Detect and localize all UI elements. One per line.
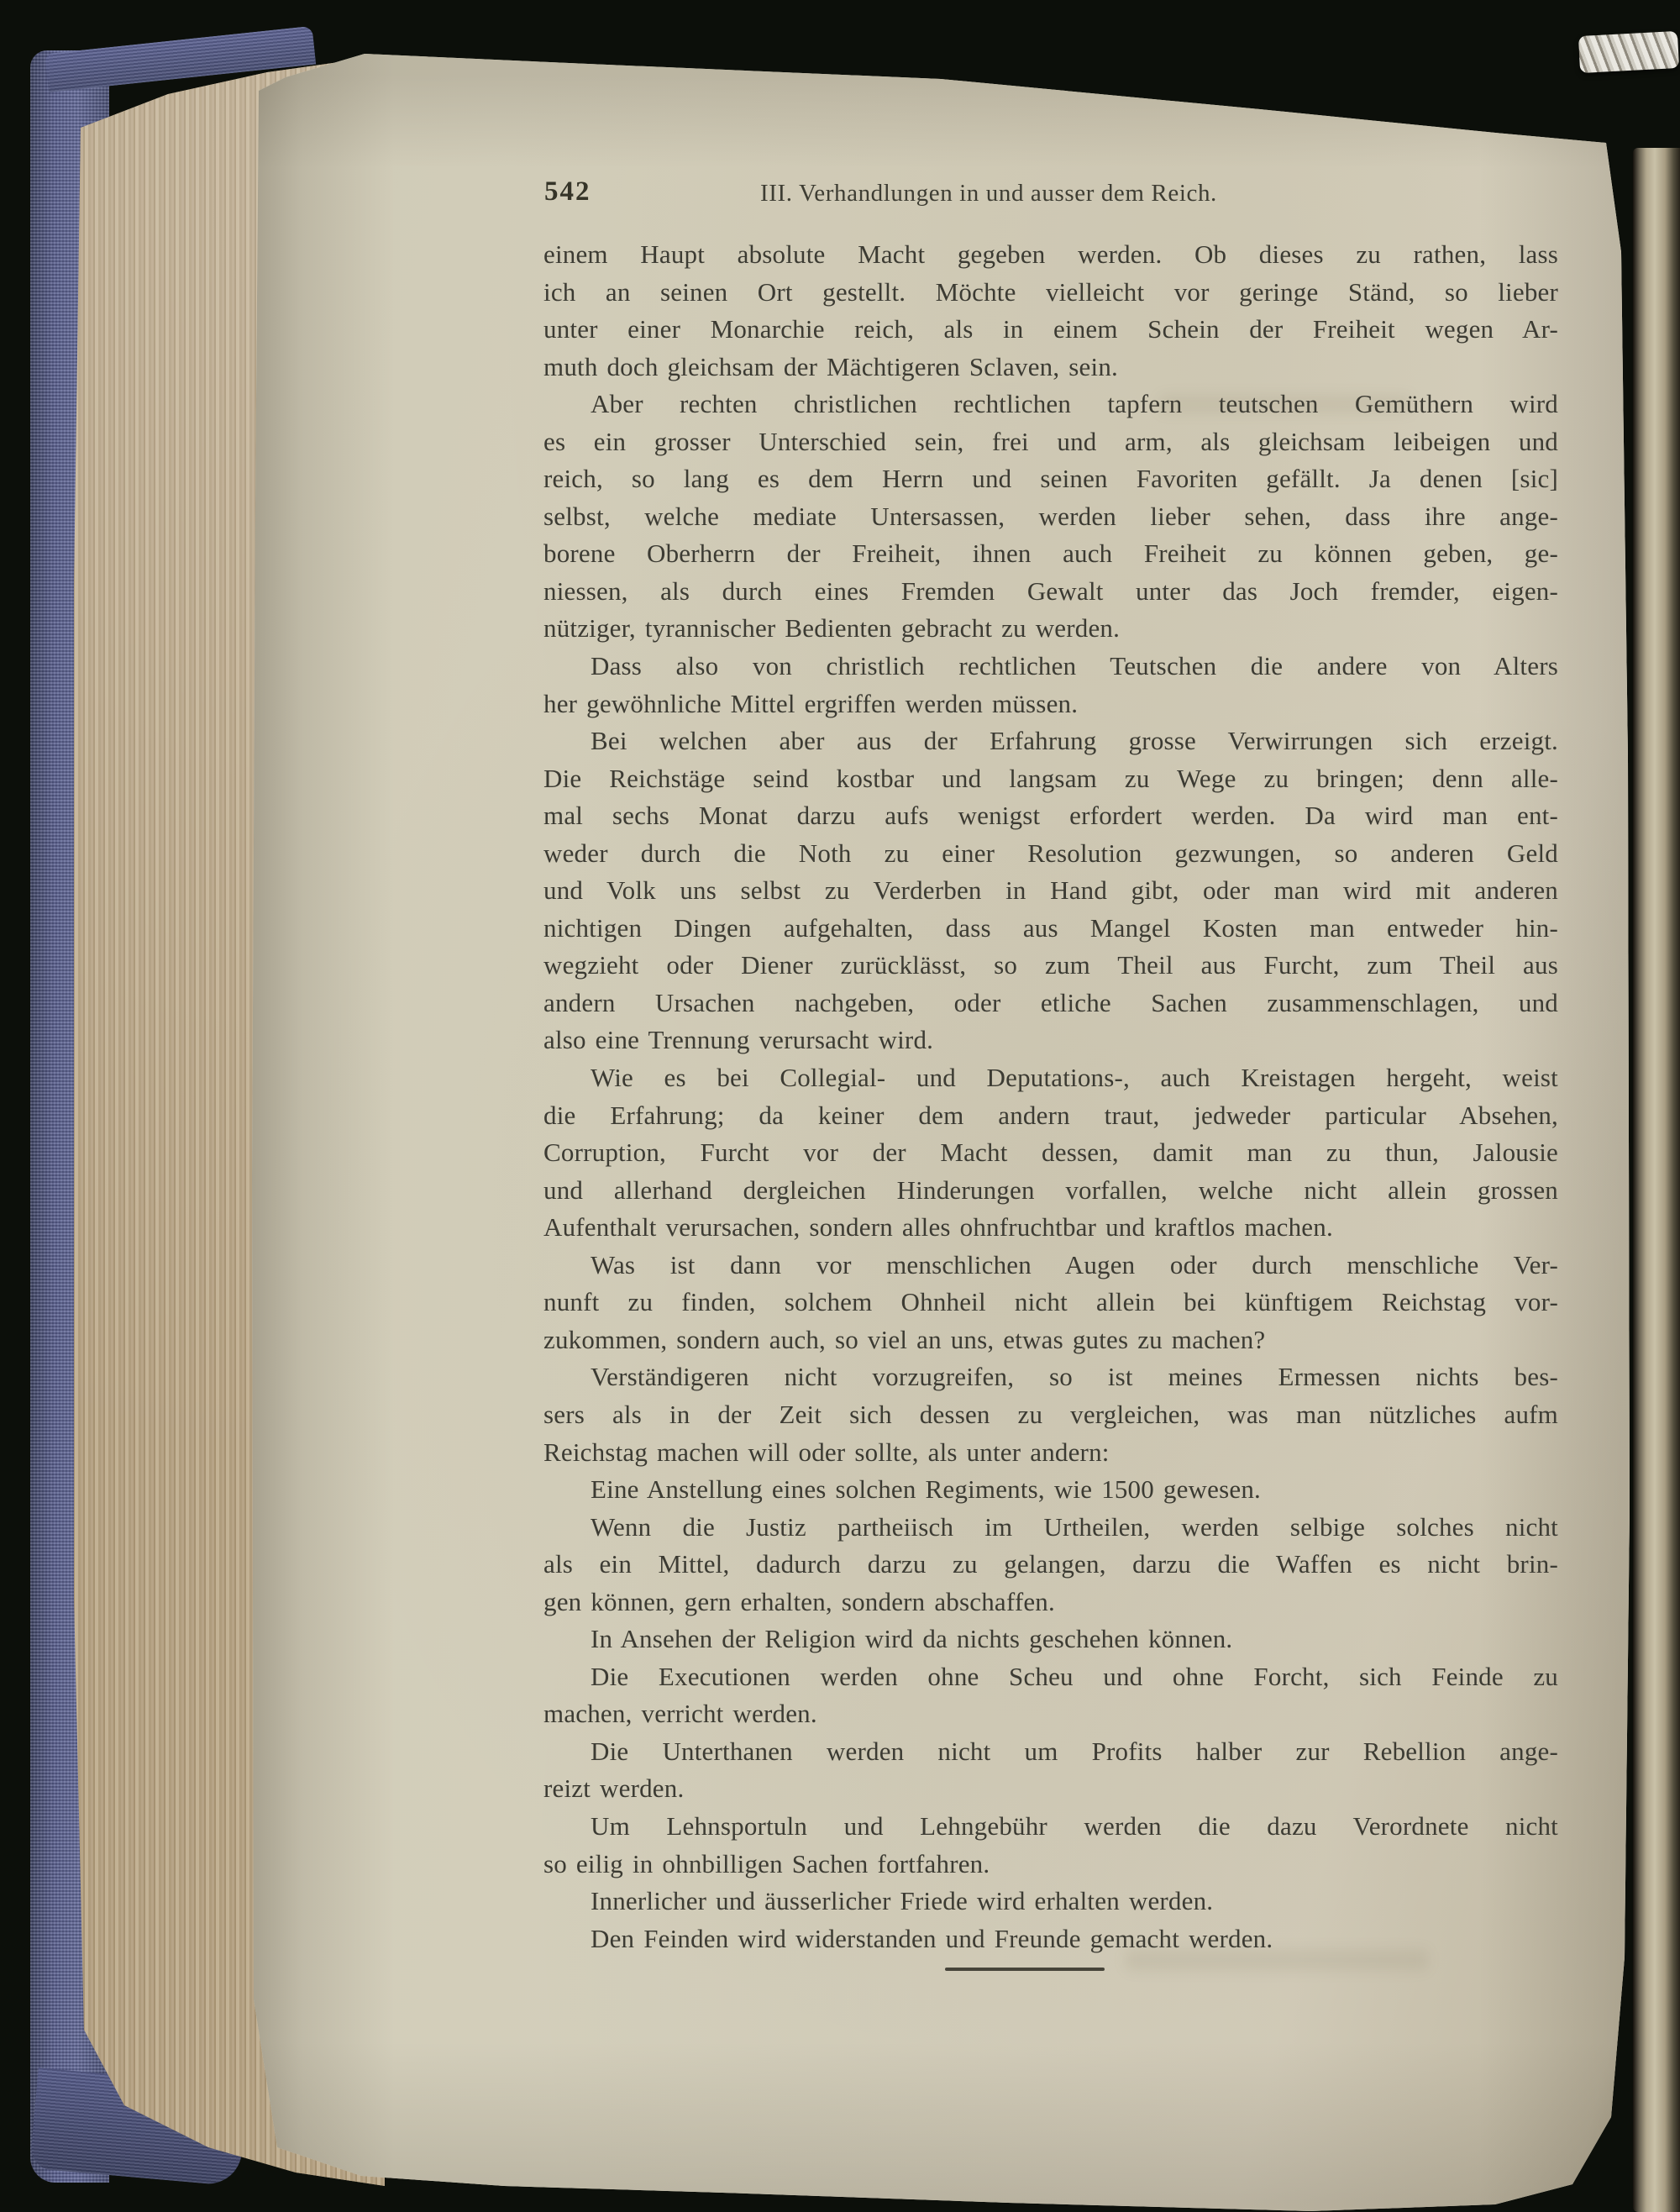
text-line: Verständigeren nicht vorzugreifen, so is… [543,1358,1558,1396]
text-line: muth doch gleichsam der Mächtigeren Scla… [543,349,1558,386]
text-line: machen, verricht werden. [543,1695,1558,1733]
text-line: Aber rechten christlichen rechtlichen ta… [543,386,1558,423]
text-line: wegzieht oder Diener zurücklässt, so zum… [543,947,1558,985]
text-line: Die Unterthanen werden nicht um Profits … [543,1733,1558,1771]
text-line: zukommen, sondern auch, so viel an uns, … [543,1321,1558,1359]
body-text: einem Haupt absolute Macht gegeben werde… [543,236,1558,1971]
section-end-rule [945,1968,1105,1971]
page-text-layer: 542 III. Verhandlungen in und ausser dem… [0,0,1680,2212]
text-line: als ein Mittel, dadurch darzu zu gelange… [543,1546,1558,1584]
text-line: Aufenthalt verursachen, sondern alles oh… [543,1209,1558,1247]
text-line: borene Oberherrn der Freiheit, ihnen auc… [543,535,1558,573]
text-line: Wie es bei Collegial- und Deputations-, … [543,1059,1558,1097]
text-line: sers als in der Zeit sich dessen zu verg… [543,1396,1558,1434]
text-line: unter einer Monarchie reich, als in eine… [543,311,1558,349]
running-header: III. Verhandlungen in und ausser dem Rei… [760,180,1217,208]
text-line: mal sechs Monat darzu aufs wenigst erfor… [543,797,1558,835]
text-line: andern Ursachen nachgeben, oder etliche … [543,985,1558,1022]
text-line: und allerhand dergleichen Hinderungen vo… [543,1172,1558,1210]
text-line: also eine Trennung verursacht wird. [543,1022,1558,1059]
text-line: her gewöhnliche Mittel ergriffen werden … [543,686,1558,723]
text-line: Die Reichstäge seind kostbar und langsam… [543,760,1558,798]
text-line: In Ansehen der Religion wird da nichts g… [543,1621,1558,1658]
book-scan: 542 III. Verhandlungen in und ausser dem… [0,0,1680,2212]
text-line: Den Feinden wird widerstanden und Freund… [543,1920,1558,1958]
text-line: weder durch die Noth zu einer Resolution… [543,835,1558,873]
text-line: Corruption, Furcht vor der Macht dessen,… [543,1134,1558,1172]
text-line: und Volk uns selbst zu Verderben in Hand… [543,872,1558,910]
text-line: einem Haupt absolute Macht gegeben werde… [543,236,1558,274]
text-line: Wenn die Justiz partheiisch im Urtheilen… [543,1509,1558,1547]
text-line: Dass also von christlich rechtlichen Teu… [543,648,1558,686]
text-line: Bei welchen aber aus der Erfahrung gross… [543,722,1558,760]
text-line: gen können, gern erhalten, sondern absch… [543,1584,1558,1621]
text-line: Reichstag machen will oder sollte, als u… [543,1434,1558,1472]
text-line: Um Lehnsportuln und Lehngebühr werden di… [543,1808,1558,1846]
text-line: ich an seinen Ort gestellt. Möchte viell… [543,274,1558,312]
text-line: selbst, welche mediate Untersassen, werd… [543,498,1558,536]
text-line: die Erfahrung; da keiner dem andern trau… [543,1097,1558,1135]
text-line: niessen, als durch eines Fremden Gewalt … [543,573,1558,611]
text-line: nichtigen Dingen aufgehalten, dass aus M… [543,910,1558,948]
text-line: so eilig in ohnbilligen Sachen fortfahre… [543,1846,1558,1884]
text-line: reizt werden. [543,1770,1558,1808]
text-line: Innerlicher und äusserlicher Friede wird… [543,1883,1558,1920]
text-line: nunft zu finden, solchem Ohnheil nicht a… [543,1284,1558,1321]
text-line: Eine Anstellung eines solchen Regiments,… [543,1471,1558,1509]
text-line: es ein grosser Unterschied sein, frei un… [543,423,1558,461]
page-number: 542 [544,176,591,208]
text-line: reich, so lang es dem Herrn und seinen F… [543,460,1558,498]
text-line: Die Executionen werden ohne Scheu und oh… [543,1658,1558,1696]
text-line: Was ist dann vor menschlichen Augen oder… [543,1247,1558,1285]
text-line: nütziger, tyrannischer Bedienten gebrach… [543,610,1558,648]
